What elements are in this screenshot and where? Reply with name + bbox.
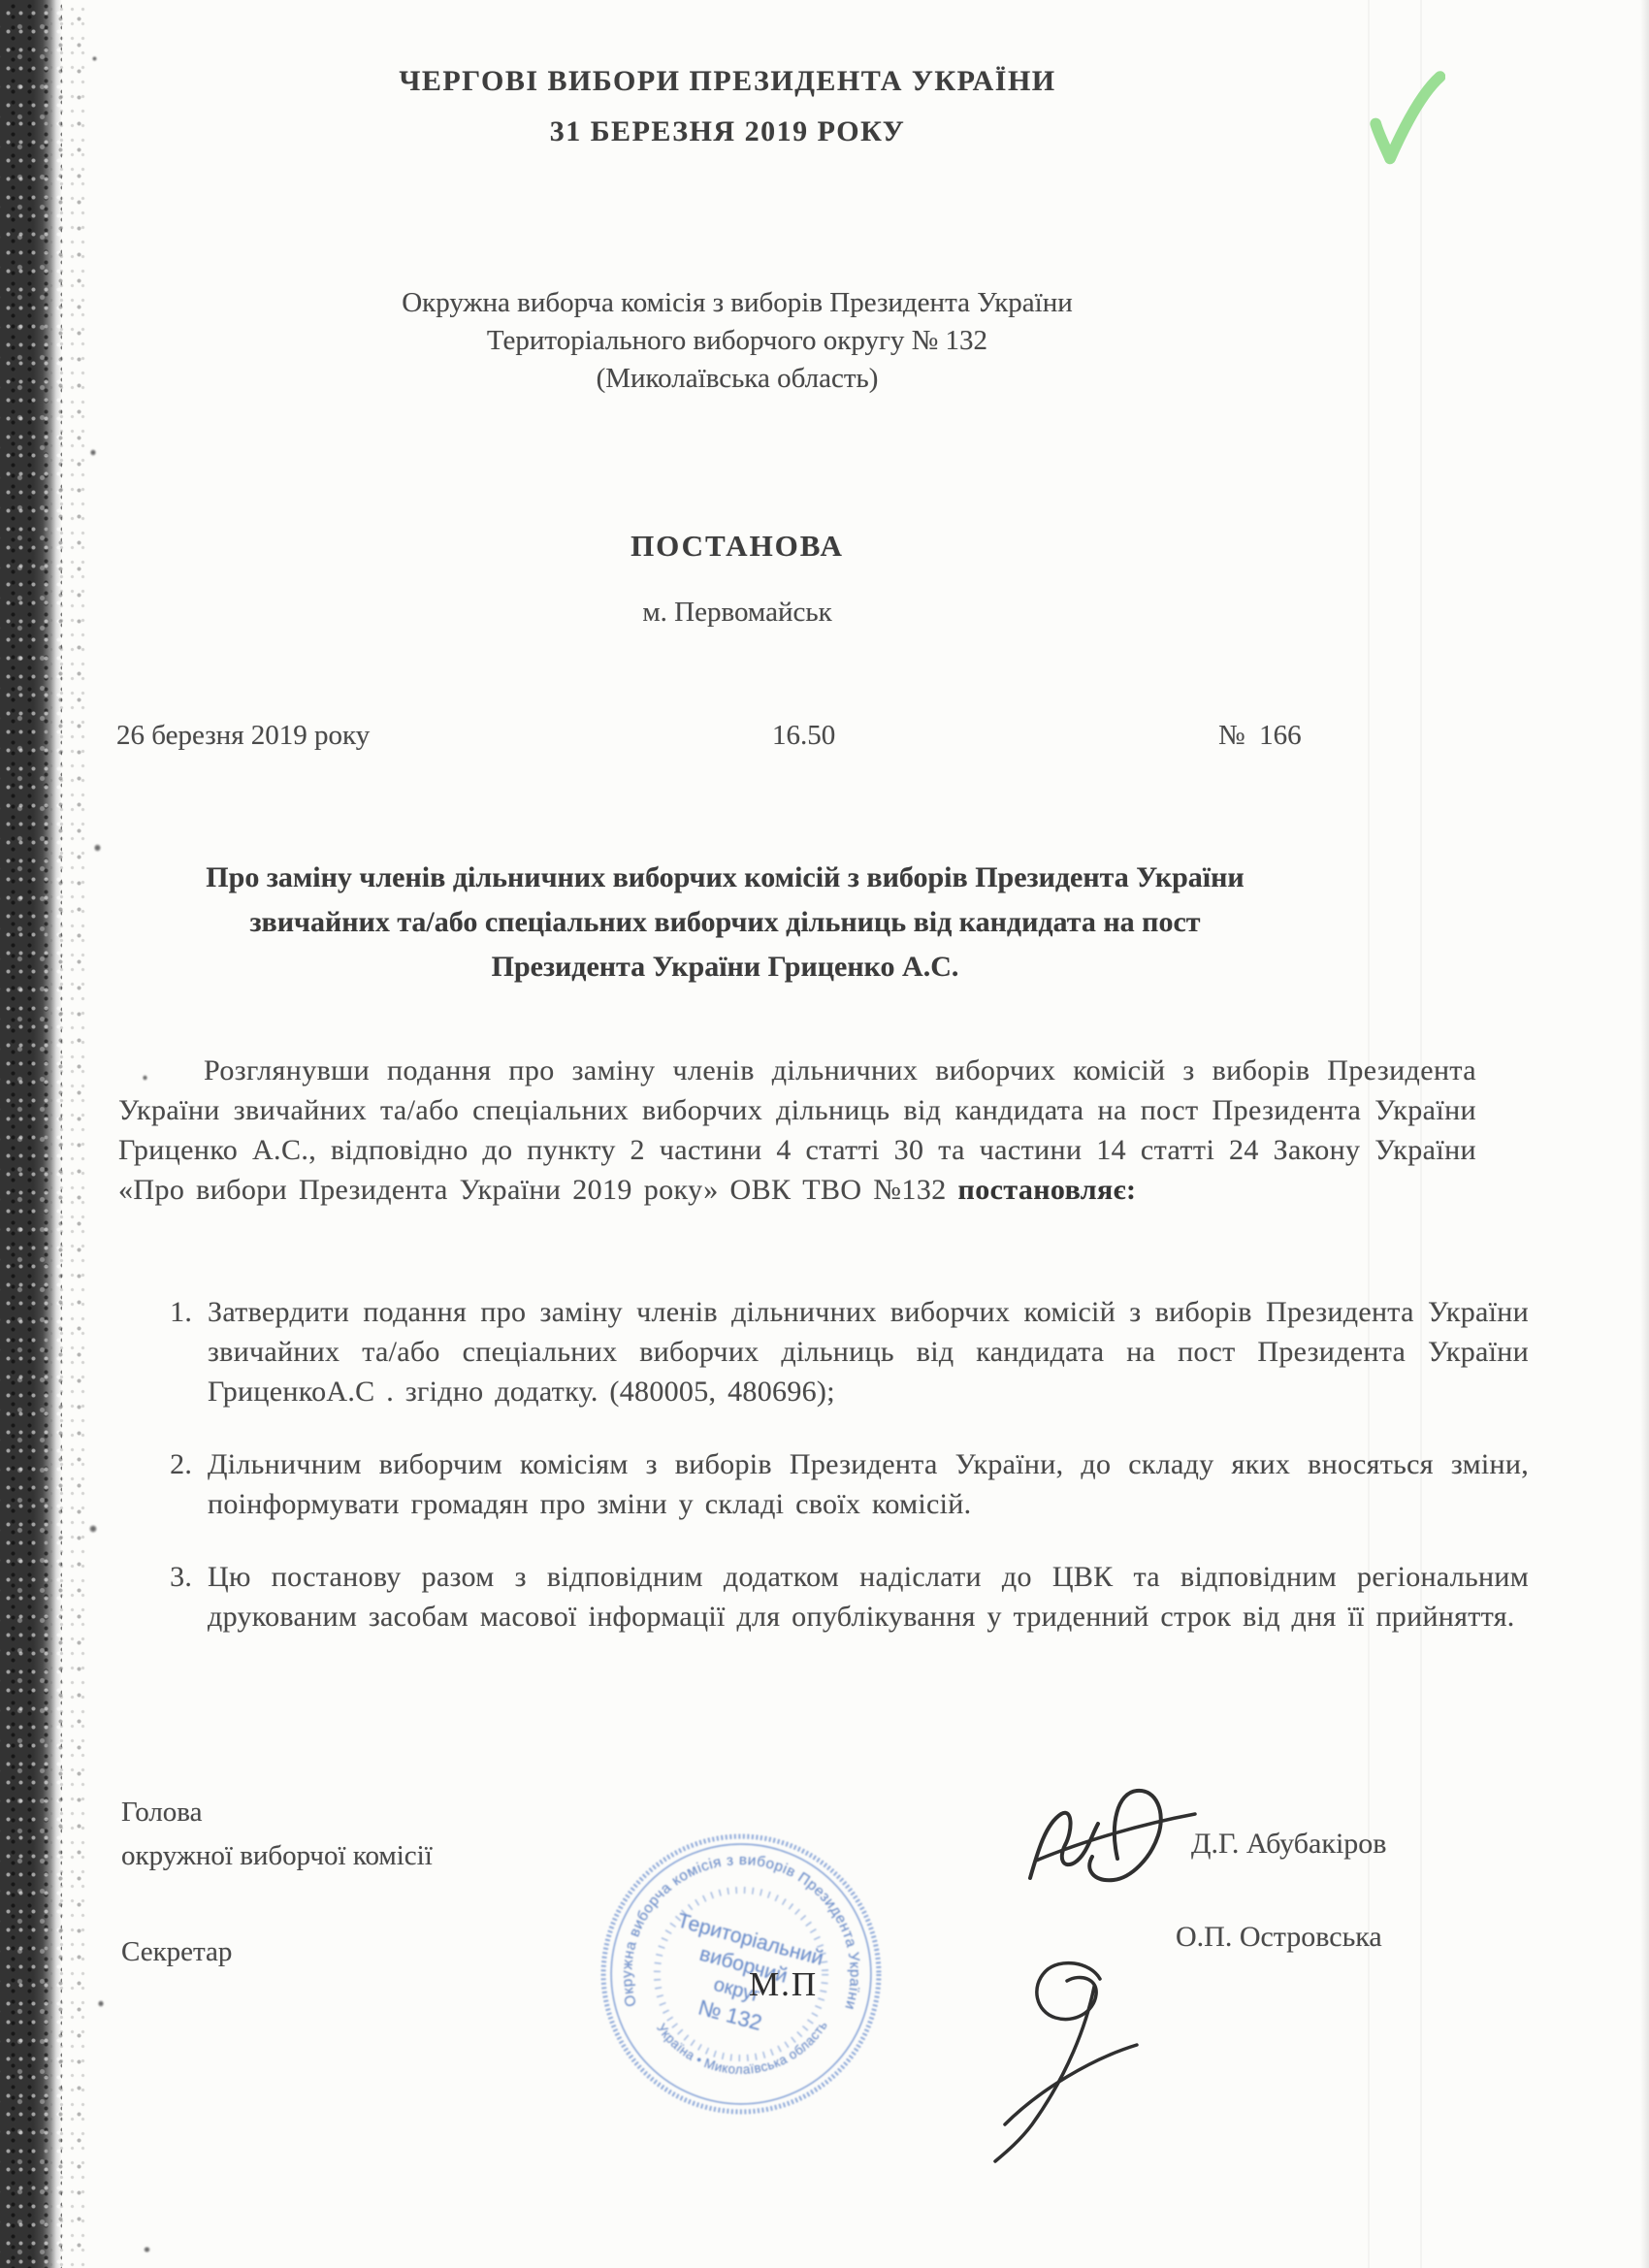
scan-right-edge-shade (1640, 0, 1649, 2268)
resolution-items-list: Затвердити подання про заміну членів діл… (153, 1292, 1529, 1669)
document-date: 26 березня 2019 року (116, 720, 370, 752)
secretary-name: О.П. Островська (1176, 1921, 1382, 1954)
green-checkmark-icon (1370, 68, 1445, 179)
election-header: ЧЕРГОВІ ВИБОРИ ПРЕЗИДЕНТА УКРАЇНИ 31 БЕР… (116, 66, 1339, 147)
head-name: Д.Г. Абубакіров (1191, 1828, 1386, 1861)
scan-edge-noise (50, 0, 91, 2268)
resolution-title: Про заміну членів дільничних виборчих ко… (121, 856, 1329, 989)
document-number: № 166 (1218, 720, 1302, 752)
scan-speck (89, 1525, 97, 1533)
header-line2: 31 БЕРЕЗНЯ 2019 РОКУ (116, 116, 1339, 147)
resolution-title-line2: звичайних та/або спеціальних виборчих ді… (121, 900, 1329, 945)
commission-line2: Територіального виборчого округу № 132 (116, 322, 1358, 360)
scan-speck (98, 2000, 104, 2007)
commission-line3: (Миколаївська область) (116, 360, 1358, 398)
commission-round-stamp: Окружна виборча комісія з виборів Презид… (595, 1828, 888, 2121)
head-signature (1024, 1783, 1209, 1907)
head-role-line1: Голова (121, 1797, 203, 1829)
scanned-document-page: ЧЕРГОВІ ВИБОРИ ПРЕЗИДЕНТА УКРАЇНИ 31 БЕР… (0, 0, 1649, 2268)
scan-speck (144, 2247, 150, 2252)
resolution-item-3: Цю постанову разом з відповідним додатко… (204, 1557, 1529, 1636)
preamble-text: Розглянувши подання про заміну членів ді… (118, 1054, 1476, 1206)
commission-name-block: Окружна виборча комісія з виборів Презид… (116, 284, 1358, 398)
scan-speck (90, 449, 96, 456)
document-city: м. Первомайськ (116, 597, 1358, 629)
header-line1: ЧЕРГОВІ ВИБОРИ ПРЕЗИДЕНТА УКРАЇНИ (116, 66, 1339, 97)
secretary-role: Секретар (121, 1936, 232, 1968)
secretary-signature (986, 1956, 1150, 2173)
document-meta-row: 26 березня 2019 року 16.50 № 166 (116, 720, 1377, 761)
seal-place-mark: М.П (749, 1965, 818, 2004)
document-time: 16.50 (772, 720, 835, 752)
resolution-title-line3: Президента України Гриценко А.С. (121, 945, 1329, 989)
resolution-title-line1: Про заміну членів дільничних виборчих ко… (121, 856, 1329, 900)
resolution-preamble: Розглянувши подання про заміну членів ді… (118, 1051, 1476, 1210)
resolution-item-2: Дільничним виборчим комісіям з виборів П… (204, 1444, 1529, 1524)
scan-speck (94, 844, 101, 852)
scan-speck (92, 56, 97, 61)
resolution-item-1: Затвердити подання про заміну членів діл… (204, 1292, 1529, 1411)
preamble-decides-word: постановляє: (958, 1174, 1137, 1206)
stamp-graphic: Окружна виборча комісія з виборів Презид… (603, 1836, 879, 2112)
commission-line1: Окружна виборча комісія з виборів Презид… (116, 284, 1358, 322)
head-role-line2: окружної виборчої комісії (121, 1840, 433, 1872)
document-type-title: ПОСТАНОВА (116, 529, 1358, 564)
